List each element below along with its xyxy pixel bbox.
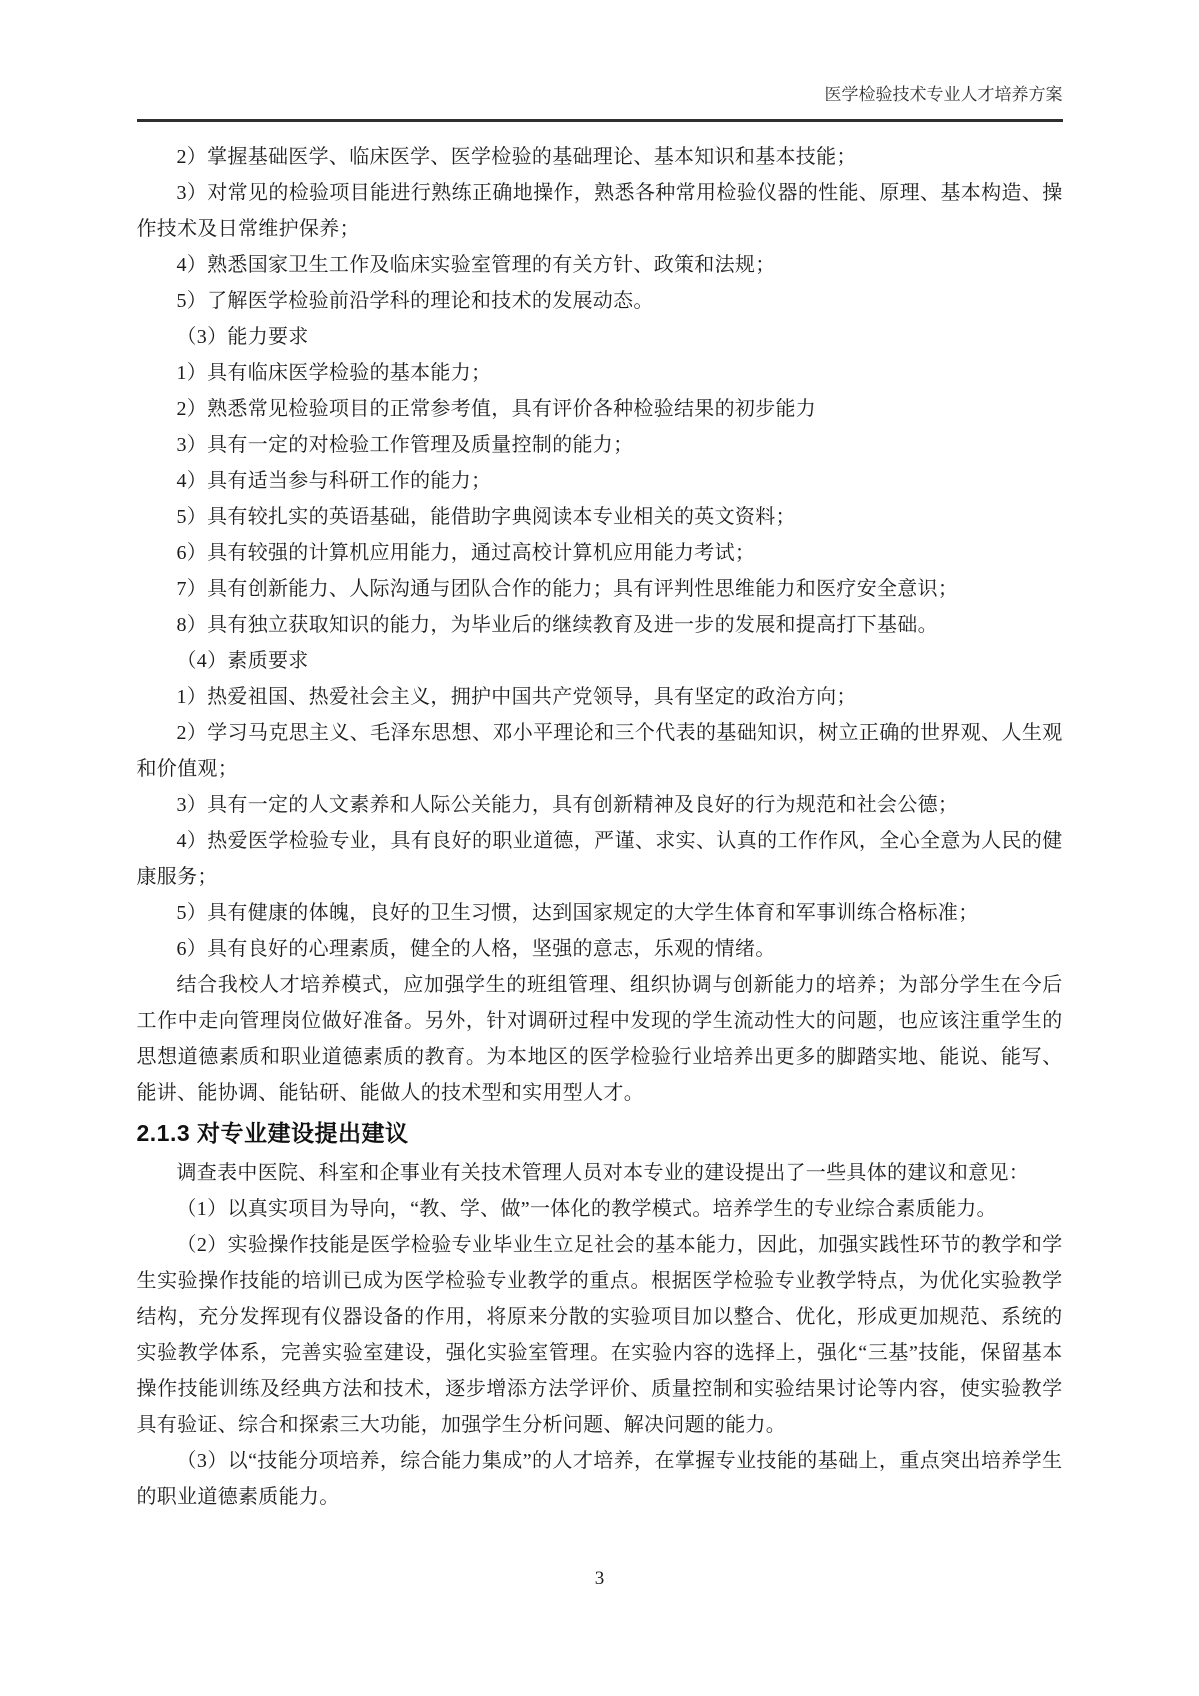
document-content: 2）掌握基础医学、临床医学、医学检验的基础理论、基本知识和基本技能； 3）对常见… bbox=[137, 139, 1063, 1515]
paragraph: 1）热爱祖国、热爱社会主义，拥护中国共产党领导，具有坚定的政治方向； bbox=[137, 679, 1063, 715]
paragraph: 4）热爱医学检验专业，具有良好的职业道德，严谨、求实、认真的工作作风，全心全意为… bbox=[137, 823, 1063, 895]
paragraph: （4）素质要求 bbox=[137, 643, 1063, 679]
paragraph: 结合我校人才培养模式，应加强学生的班组管理、组织协调与创新能力的培养；为部分学生… bbox=[137, 967, 1063, 1111]
paragraph: 2）熟悉常见检验项目的正常参考值，具有评价各种检验结果的初步能力 bbox=[137, 391, 1063, 427]
paragraph: 7）具有创新能力、人际沟通与团队合作的能力；具有评判性思维能力和医疗安全意识； bbox=[137, 571, 1063, 607]
paragraph: 4）具有适当参与科研工作的能力； bbox=[137, 463, 1063, 499]
paragraph: 5）具有较扎实的英语基础，能借助字典阅读本专业相关的英文资料； bbox=[137, 499, 1063, 535]
paragraph: （3）以“技能分项培养，综合能力集成”的人才培养，在掌握专业技能的基础上，重点突… bbox=[137, 1443, 1063, 1515]
paragraph: 3）具有一定的人文素养和人际公关能力，具有创新精神及良好的行为规范和社会公德； bbox=[137, 787, 1063, 823]
paragraph: （3）能力要求 bbox=[137, 319, 1063, 355]
paragraph: 3）对常见的检验项目能进行熟练正确地操作，熟悉各种常用检验仪器的性能、原理、基本… bbox=[137, 175, 1063, 247]
paragraph: 1）具有临床医学检验的基本能力； bbox=[137, 355, 1063, 391]
page-number: 3 bbox=[595, 1568, 605, 1589]
paragraph: 6）具有较强的计算机应用能力，通过高校计算机应用能力考试； bbox=[137, 535, 1063, 571]
paragraph: （1）以真实项目为导向，“教、学、做”一体化的教学模式。培养学生的专业综合素质能… bbox=[137, 1191, 1063, 1227]
paragraph: 5）了解医学检验前沿学科的理论和技术的发展动态。 bbox=[137, 283, 1063, 319]
paragraph: 2）掌握基础医学、临床医学、医学检验的基础理论、基本知识和基本技能； bbox=[137, 139, 1063, 175]
section-heading: 2.1.3 对专业建设提出建议 bbox=[137, 1111, 1063, 1155]
paragraph: 4）熟悉国家卫生工作及临床实验室管理的有关方针、政策和法规； bbox=[137, 247, 1063, 283]
paragraph: （2）实验操作技能是医学检验专业毕业生立足社会的基本能力，因此，加强实践性环节的… bbox=[137, 1227, 1063, 1443]
paragraph: 2）学习马克思主义、毛泽东思想、邓小平理论和三个代表的基础知识，树立正确的世界观… bbox=[137, 715, 1063, 787]
paragraph: 5）具有健康的体魄，良好的卫生习惯，达到国家规定的大学生体育和军事训练合格标准； bbox=[137, 895, 1063, 931]
page-footer: 3 bbox=[0, 1568, 1199, 1590]
paragraph: 调查表中医院、科室和企事业有关技术管理人员对本专业的建设提出了一些具体的建议和意… bbox=[137, 1155, 1063, 1191]
page-header: 医学检验技术专业人才培养方案 bbox=[137, 84, 1063, 122]
paragraph: 8）具有独立获取知识的能力，为毕业后的继续教育及进一步的发展和提高打下基础。 bbox=[137, 607, 1063, 643]
paragraph: 3）具有一定的对检验工作管理及质量控制的能力； bbox=[137, 427, 1063, 463]
document-page: 医学检验技术专业人才培养方案 2）掌握基础医学、临床医学、医学检验的基础理论、基… bbox=[137, 0, 1063, 1515]
header-title: 医学检验技术专业人才培养方案 bbox=[825, 85, 1063, 104]
paragraph: 6）具有良好的心理素质，健全的人格，坚强的意志，乐观的情绪。 bbox=[137, 931, 1063, 967]
